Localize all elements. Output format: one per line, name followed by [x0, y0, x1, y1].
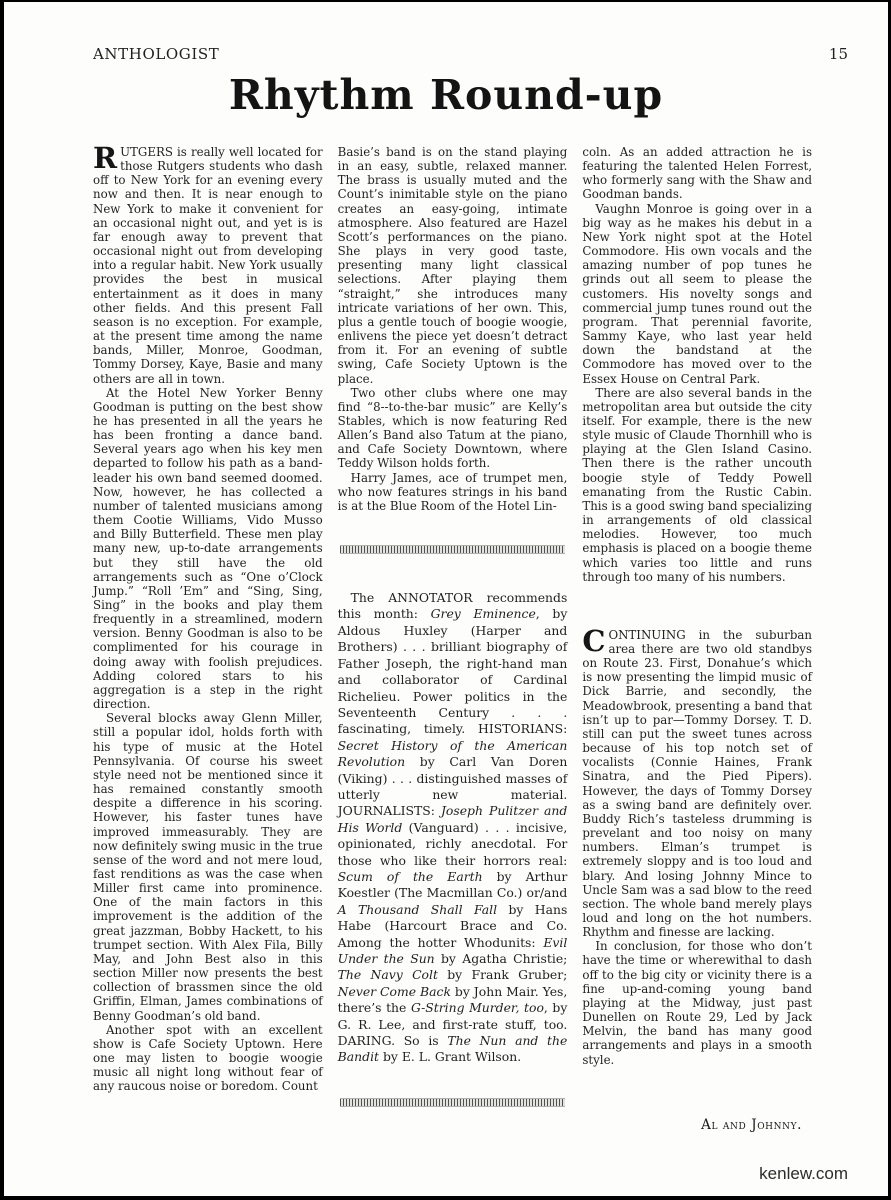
text-segment: by E. L. Grant Wilson. [379, 1049, 521, 1064]
text-segment: coln. As an added attraction he is featu… [582, 145, 812, 201]
text-segment: by Agatha Christie; [435, 951, 568, 966]
text-segment: , by Aldous Huxley (Harper and Brothers)… [338, 606, 568, 736]
text-segment: In conclusion, for those who don’t have … [582, 939, 812, 1066]
text-segment: Several blocks away Glenn Miller, still … [93, 711, 323, 1022]
paragraph-cafe-society-uptown: Another spot with an excellent show is C… [93, 1023, 323, 1094]
byline: Al and Johnny. [582, 1117, 812, 1133]
decorative-rule [340, 1098, 566, 1107]
article-title: Rhythm Round-up [4, 72, 888, 118]
text-segment: At the Hotel New Yorker Benny Goodman is… [93, 386, 323, 711]
column-1: RUTGERS is really well located for those… [93, 145, 323, 1093]
annotator-recommendations: The ANNOTATOR recommends this month: Gre… [338, 590, 568, 1066]
text-segment: Grey Eminence [431, 606, 536, 621]
paragraph-helen-forrest: coln. As an added attraction he is featu… [582, 145, 812, 202]
paragraph-continuing-suburban: CONTINUING in the suburban area there ar… [582, 628, 812, 939]
text-segment: G-String Murder, too [411, 1000, 544, 1015]
column-3: coln. As an added attraction he is featu… [582, 145, 812, 1133]
paragraph-count-basie: Basie’s band is on the stand playing in … [338, 145, 568, 386]
paragraph-benny-goodman: At the Hotel New Yorker Benny Goodman is… [93, 386, 323, 712]
text-segment: There are also several bands in the metr… [582, 386, 812, 584]
text-segment: A Thousand Shall Fall [338, 902, 497, 917]
watermark: kenlew.com [759, 1164, 848, 1184]
text-segment: The Navy Colt [338, 967, 438, 982]
paragraph-rutgers-intro: RUTGERS is really well located for those… [93, 145, 323, 386]
drop-cap: R [93, 145, 120, 171]
article-columns: RUTGERS is really well located for those… [4, 118, 888, 1143]
paragraph-metropolitan-bands: There are also several bands in the metr… [582, 386, 812, 584]
magazine-name: ANTHOLOGIST [93, 46, 219, 62]
text-segment: Two other clubs where one may find “8--t… [338, 386, 568, 471]
page-header: ANTHOLOGIST 15 [93, 46, 848, 62]
text-segment: UTGERS is really well located for those … [93, 145, 323, 386]
text-segment: Never Come Back [338, 984, 451, 999]
text-segment: by Frank Gruber; [438, 967, 567, 982]
paragraph-conclusion: In conclusion, for those who don’t have … [582, 939, 812, 1066]
text-segment: Basie’s band is on the stand playing in … [338, 145, 568, 386]
paragraph-other-clubs: Two other clubs where one may find “8--t… [338, 386, 568, 471]
column-2: Basie’s band is on the stand playing in … [338, 145, 568, 1143]
magazine-page: ANTHOLOGIST 15 Rhythm Round-up RUTGERS i… [0, 0, 891, 1200]
paragraph-glenn-miller: Several blocks away Glenn Miller, still … [93, 711, 323, 1022]
text-segment: ONTINUING in the suburban area there are… [582, 628, 812, 939]
text-segment: Scum of the Earth [338, 869, 483, 884]
page-number: 15 [829, 46, 848, 62]
paragraph-harry-james: Harry James, ace of trumpet men, who now… [338, 471, 568, 513]
paragraph-vaughn-monroe: Vaughn Monroe is going over in a big way… [582, 202, 812, 386]
decorative-rule [340, 545, 566, 554]
text-segment: Vaughn Monroe is going over in a big way… [582, 202, 812, 386]
text-segment: Another spot with an excellent show is C… [93, 1023, 323, 1094]
drop-cap: C [582, 628, 608, 654]
text-segment: Harry James, ace of trumpet men, who now… [338, 471, 568, 513]
